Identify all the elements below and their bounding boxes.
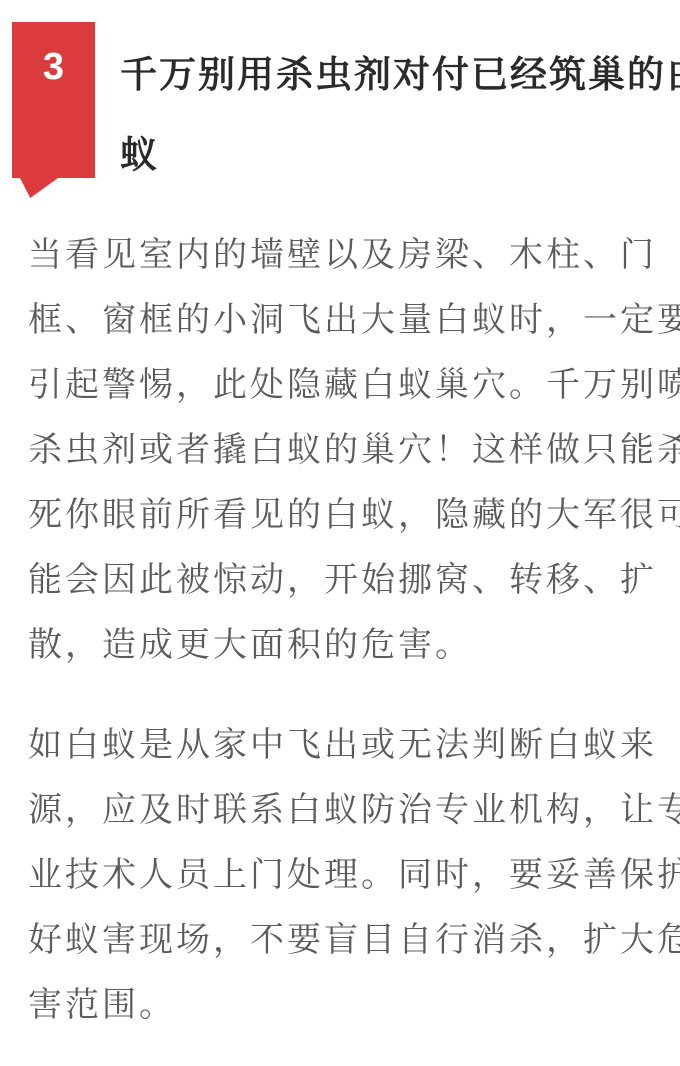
- text-line: 死你眼前所看见的白蚁，隐藏的大军很可: [28, 483, 664, 548]
- section-number: 3: [12, 22, 95, 86]
- text-line: 散，造成更大面积的危害。: [28, 613, 664, 678]
- text-line: 源，应及时联系白蚁防治专业机构，让专: [28, 778, 664, 843]
- article-body: 当看见室内的墙壁以及房梁、木柱、门框、窗框的小洞飞出大量白蚁时，一定要引起警惕，…: [0, 195, 680, 1038]
- text-line: 引起警惕，此处隐藏白蚁巢穴。千万别喷: [28, 353, 664, 418]
- paragraph: 当看见室内的墙壁以及房梁、木柱、门框、窗框的小洞飞出大量白蚁时，一定要引起警惕，…: [28, 223, 664, 678]
- paragraph: 如白蚁是从家中飞出或无法判断白蚁来源，应及时联系白蚁防治专业机构，让专业技术人员…: [28, 713, 664, 1038]
- text-line: 千万别用杀虫剂对付已经筑巢的白: [120, 35, 680, 115]
- section-title: 千万别用杀虫剂对付已经筑巢的白蚁: [120, 35, 680, 195]
- text-line: 如白蚁是从家中飞出或无法判断白蚁来: [28, 713, 664, 778]
- text-line: 当看见室内的墙壁以及房梁、木柱、门: [28, 223, 664, 288]
- text-line: 业技术人员上门处理。同时，要妥善保护: [28, 843, 664, 908]
- section-header: 3 千万别用杀虫剂对付已经筑巢的白蚁: [0, 0, 680, 195]
- text-line: 框、窗框的小洞飞出大量白蚁时，一定要: [28, 288, 664, 353]
- article-page: 3 千万别用杀虫剂对付已经筑巢的白蚁 当看见室内的墙壁以及房梁、木柱、门框、窗框…: [0, 0, 680, 1066]
- text-line: 杀虫剂或者撬白蚁的巢穴！这样做只能杀: [28, 418, 664, 483]
- section-number-badge: 3: [12, 22, 95, 178]
- text-line: 好蚁害现场，不要盲目自行消杀，扩大危: [28, 908, 664, 973]
- text-line: 害范围。: [28, 973, 664, 1038]
- text-line: 能会因此被惊动，开始挪窝、转移、扩: [28, 548, 664, 613]
- text-line: 蚁: [120, 115, 680, 195]
